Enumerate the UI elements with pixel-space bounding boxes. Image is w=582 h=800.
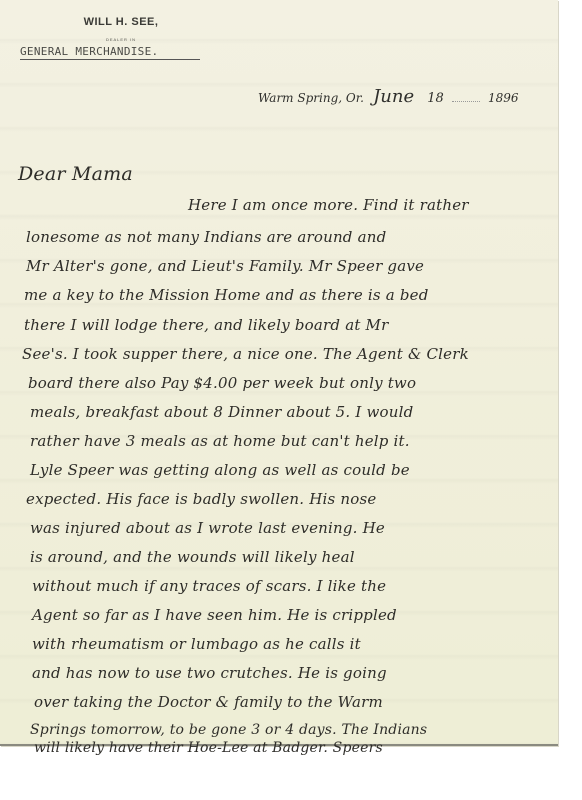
letter-line: and has now to use two crutches. He is g…	[32, 664, 387, 682]
letter-line: there I will lodge there, and likely boa…	[24, 316, 388, 334]
dateline-place: Warm Spring, Or.	[258, 91, 364, 105]
letter-line: Springs tomorrow, to be gone 3 or 4 days…	[30, 722, 427, 738]
dateline-month: June	[373, 86, 414, 107]
letterhead-business: GENERAL MERCHANDISE.	[20, 45, 200, 60]
dateline-dotted-rule	[452, 101, 480, 102]
letter-line: board there also Pay $4.00 per week but …	[28, 374, 416, 392]
letterhead-dealer-label: DEALER IN	[66, 37, 176, 42]
letter-paper: WILL H. SEE, DEALER IN GENERAL MERCHANDI…	[0, 0, 558, 746]
letter-line: without much if any traces of scars. I l…	[32, 577, 386, 595]
letter-line: lonesome as not many Indians are around …	[26, 228, 386, 246]
letter-line: Agent so far as I have seen him. He is c…	[32, 606, 397, 624]
dateline-year: 1896	[488, 91, 519, 105]
salutation: Dear Mama	[18, 163, 133, 185]
letter-line: Mr Alter's gone, and Lieut's Family. Mr …	[26, 257, 424, 275]
letterhead-name: WILL H. SEE,	[66, 16, 176, 28]
letter-line: with rheumatism or lumbago as he calls i…	[32, 635, 361, 653]
letter-line: expected. His face is badly swollen. His…	[26, 490, 376, 508]
dateline: Warm Spring, Or. June 18 1896	[258, 86, 519, 107]
letter-line: was injured about as I wrote last evenin…	[30, 519, 385, 537]
letter-line: See's. I took supper there, a nice one. …	[22, 345, 469, 363]
letter-line: Here I am once more. Find it rather	[188, 196, 469, 214]
reverse-side-ink-bleed	[0, 0, 558, 744]
letter-line: rather have 3 meals as at home but can't…	[30, 432, 410, 450]
letter-line: will likely have their Hoe-Lee at Badger…	[34, 740, 383, 756]
letter-line: is around, and the wounds will likely he…	[30, 548, 355, 566]
dateline-day: 18	[427, 91, 444, 106]
letter-line: Lyle Speer was getting along as well as …	[30, 461, 410, 479]
letter-line: over taking the Doctor & family to the W…	[34, 693, 383, 711]
letter-line: meals, breakfast about 8 Dinner about 5.…	[30, 403, 413, 421]
letter-line: me a key to the Mission Home and as ther…	[24, 286, 429, 304]
